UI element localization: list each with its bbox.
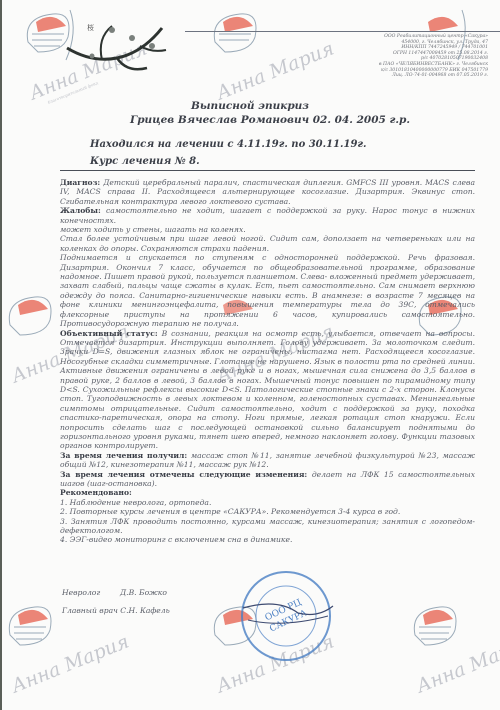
changes-section: За время лечения отмечены следующие изме…: [60, 470, 475, 489]
epicrisis-body: Диагноз: Детский церебральный паралич, с…: [60, 178, 475, 545]
watermark-text: Анна Мария: [8, 630, 132, 697]
recommendation-item: 4. ЭЭГ-видео мониторинг с включением сна…: [60, 535, 475, 544]
signature-neurologist: Невролог Д.В. Божко: [62, 588, 100, 597]
signature-name: С.Н. Кафель: [120, 606, 170, 615]
history-paragraph: может ходить у стены, шагать на коленях.: [60, 225, 475, 234]
org-requisites: ООО Реабилитационный центр «Сакура» 4540…: [330, 34, 488, 79]
watermark-logo-icon: Анна Мария: [205, 2, 315, 112]
watermark-text: Анна Мария: [213, 37, 337, 104]
document-title: Выписной эпикриз: [0, 100, 500, 112]
objective-text: В сознании, реакция на осмотр есть, улыб…: [60, 329, 475, 451]
diagnosis-text: Детский церебральный паралич, спастическ…: [60, 178, 475, 206]
recommendation-item: 1. Наблюдение невролога, ортопеда.: [60, 498, 475, 507]
recommendations-label: Рекомендовано:: [60, 488, 132, 497]
recommendations-list: 1. Наблюдение невролога, ортопеда. 2. По…: [60, 498, 475, 545]
complaints-label: Жалобы:: [60, 206, 101, 215]
history-paragraph: Поднимается и спускается по ступеням с о…: [60, 253, 475, 328]
signature-role: Невролог: [62, 588, 100, 597]
changes-label: За время лечения отмечены следующие изме…: [60, 470, 307, 479]
sakura-branch-logo-icon: 桜: [62, 18, 172, 78]
complaints-section: Жалобы: самостоятельно не ходит, шагает …: [60, 206, 475, 225]
history-paragraph: Стал более устойчивым при шаге левой ног…: [60, 234, 475, 253]
course-divider: [60, 170, 475, 171]
watermark-text: Анна Мария: [413, 630, 500, 697]
diagnosis-section: Диагноз: Детский церебральный паралич, с…: [60, 178, 475, 206]
patient-name: Грицев Вячеслав Романович 02. 04. 2005 г…: [20, 114, 500, 126]
recommendation-item: 3. Занятия ЛФК проводить постоянно, курс…: [60, 517, 475, 536]
signature-role: Главный врач: [62, 606, 118, 615]
signature-chief-doctor: Главный врач С.Н. Кафель: [62, 606, 170, 615]
diagnosis-label: Диагноз:: [60, 178, 100, 187]
recommendations-section: Рекомендовано:: [60, 488, 475, 497]
objective-label: Объективный статус:: [60, 329, 158, 338]
signature-name: Д.В. Божко: [120, 588, 167, 597]
watermark-logo-icon: Анна Мария: [405, 595, 500, 705]
complaints-text: самостоятельно не ходит, шагает с поддер…: [60, 206, 475, 224]
treatment-section: За время лечения получил: массаж стоп №1…: [60, 451, 475, 470]
org-line: Лиц. ЛО-74-01-004968 от 07.05.2019 г.: [330, 73, 488, 79]
objective-section: Объективный статус: В сознании, реакция …: [60, 329, 475, 451]
recommendation-item: 2. Повторные курсы лечения в центре «САК…: [60, 507, 475, 516]
svg-text:桜: 桜: [87, 23, 94, 32]
header-divider: [185, 31, 500, 32]
stay-period: Находился на лечении с 4.11.19г. по 30.1…: [90, 139, 367, 150]
treatment-label: За время лечения получил:: [60, 451, 187, 460]
official-stamp-icon: ООО РЦ САКУРА: [238, 568, 334, 664]
course-number: Курс лечения № 8.: [90, 156, 200, 167]
